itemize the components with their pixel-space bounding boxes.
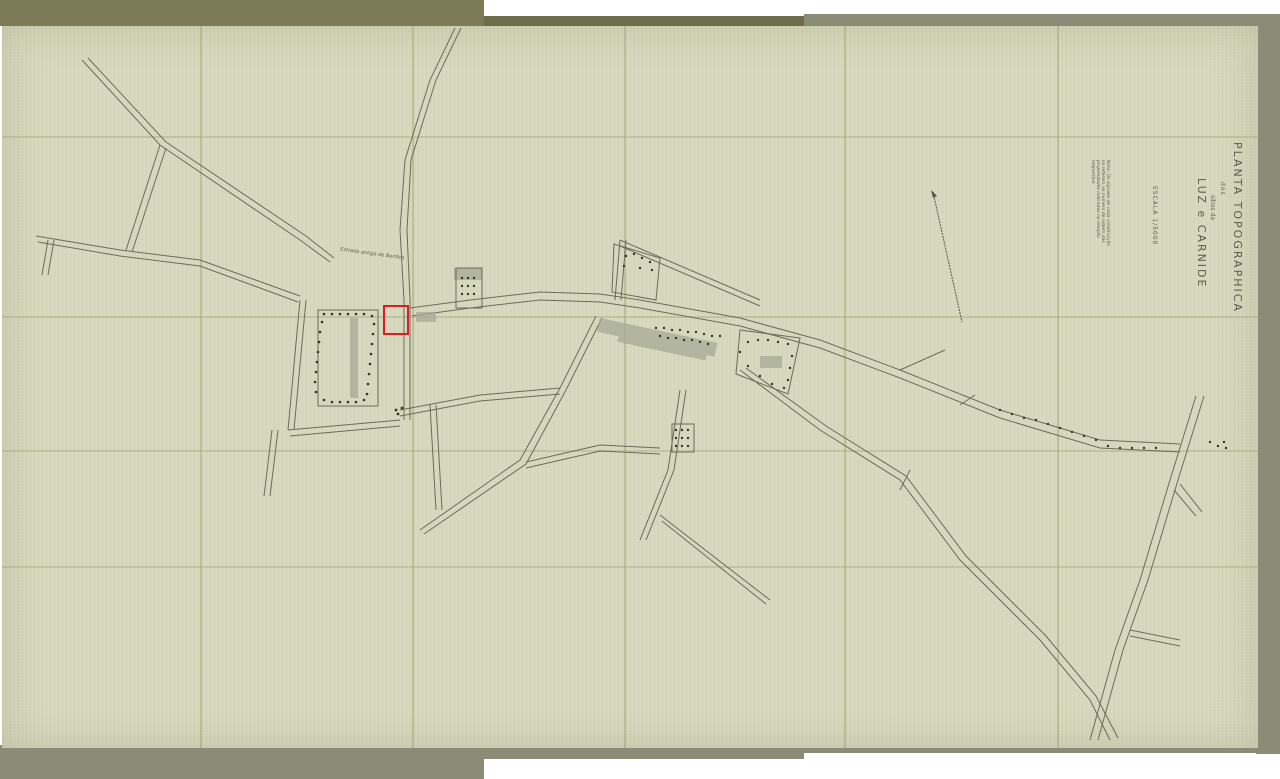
map-note: Nota: Os signaes de cada construcção se … <box>1090 160 1110 250</box>
highlight-box <box>383 305 409 335</box>
map-title: PLANTA TOPOGRAPHICA <box>1231 142 1244 313</box>
map-place-name: LUZ e CARNIDE <box>1195 178 1208 288</box>
roads <box>36 28 1204 740</box>
map-subtitle-sitios: sitios da <box>1209 195 1216 220</box>
map-subtitle-dos: dos <box>1219 182 1226 196</box>
map-scale: ESCALA 1/5000 <box>1151 186 1158 246</box>
north-arrow <box>931 190 962 322</box>
tree-rows <box>314 253 1228 449</box>
map-linework <box>0 0 1280 779</box>
